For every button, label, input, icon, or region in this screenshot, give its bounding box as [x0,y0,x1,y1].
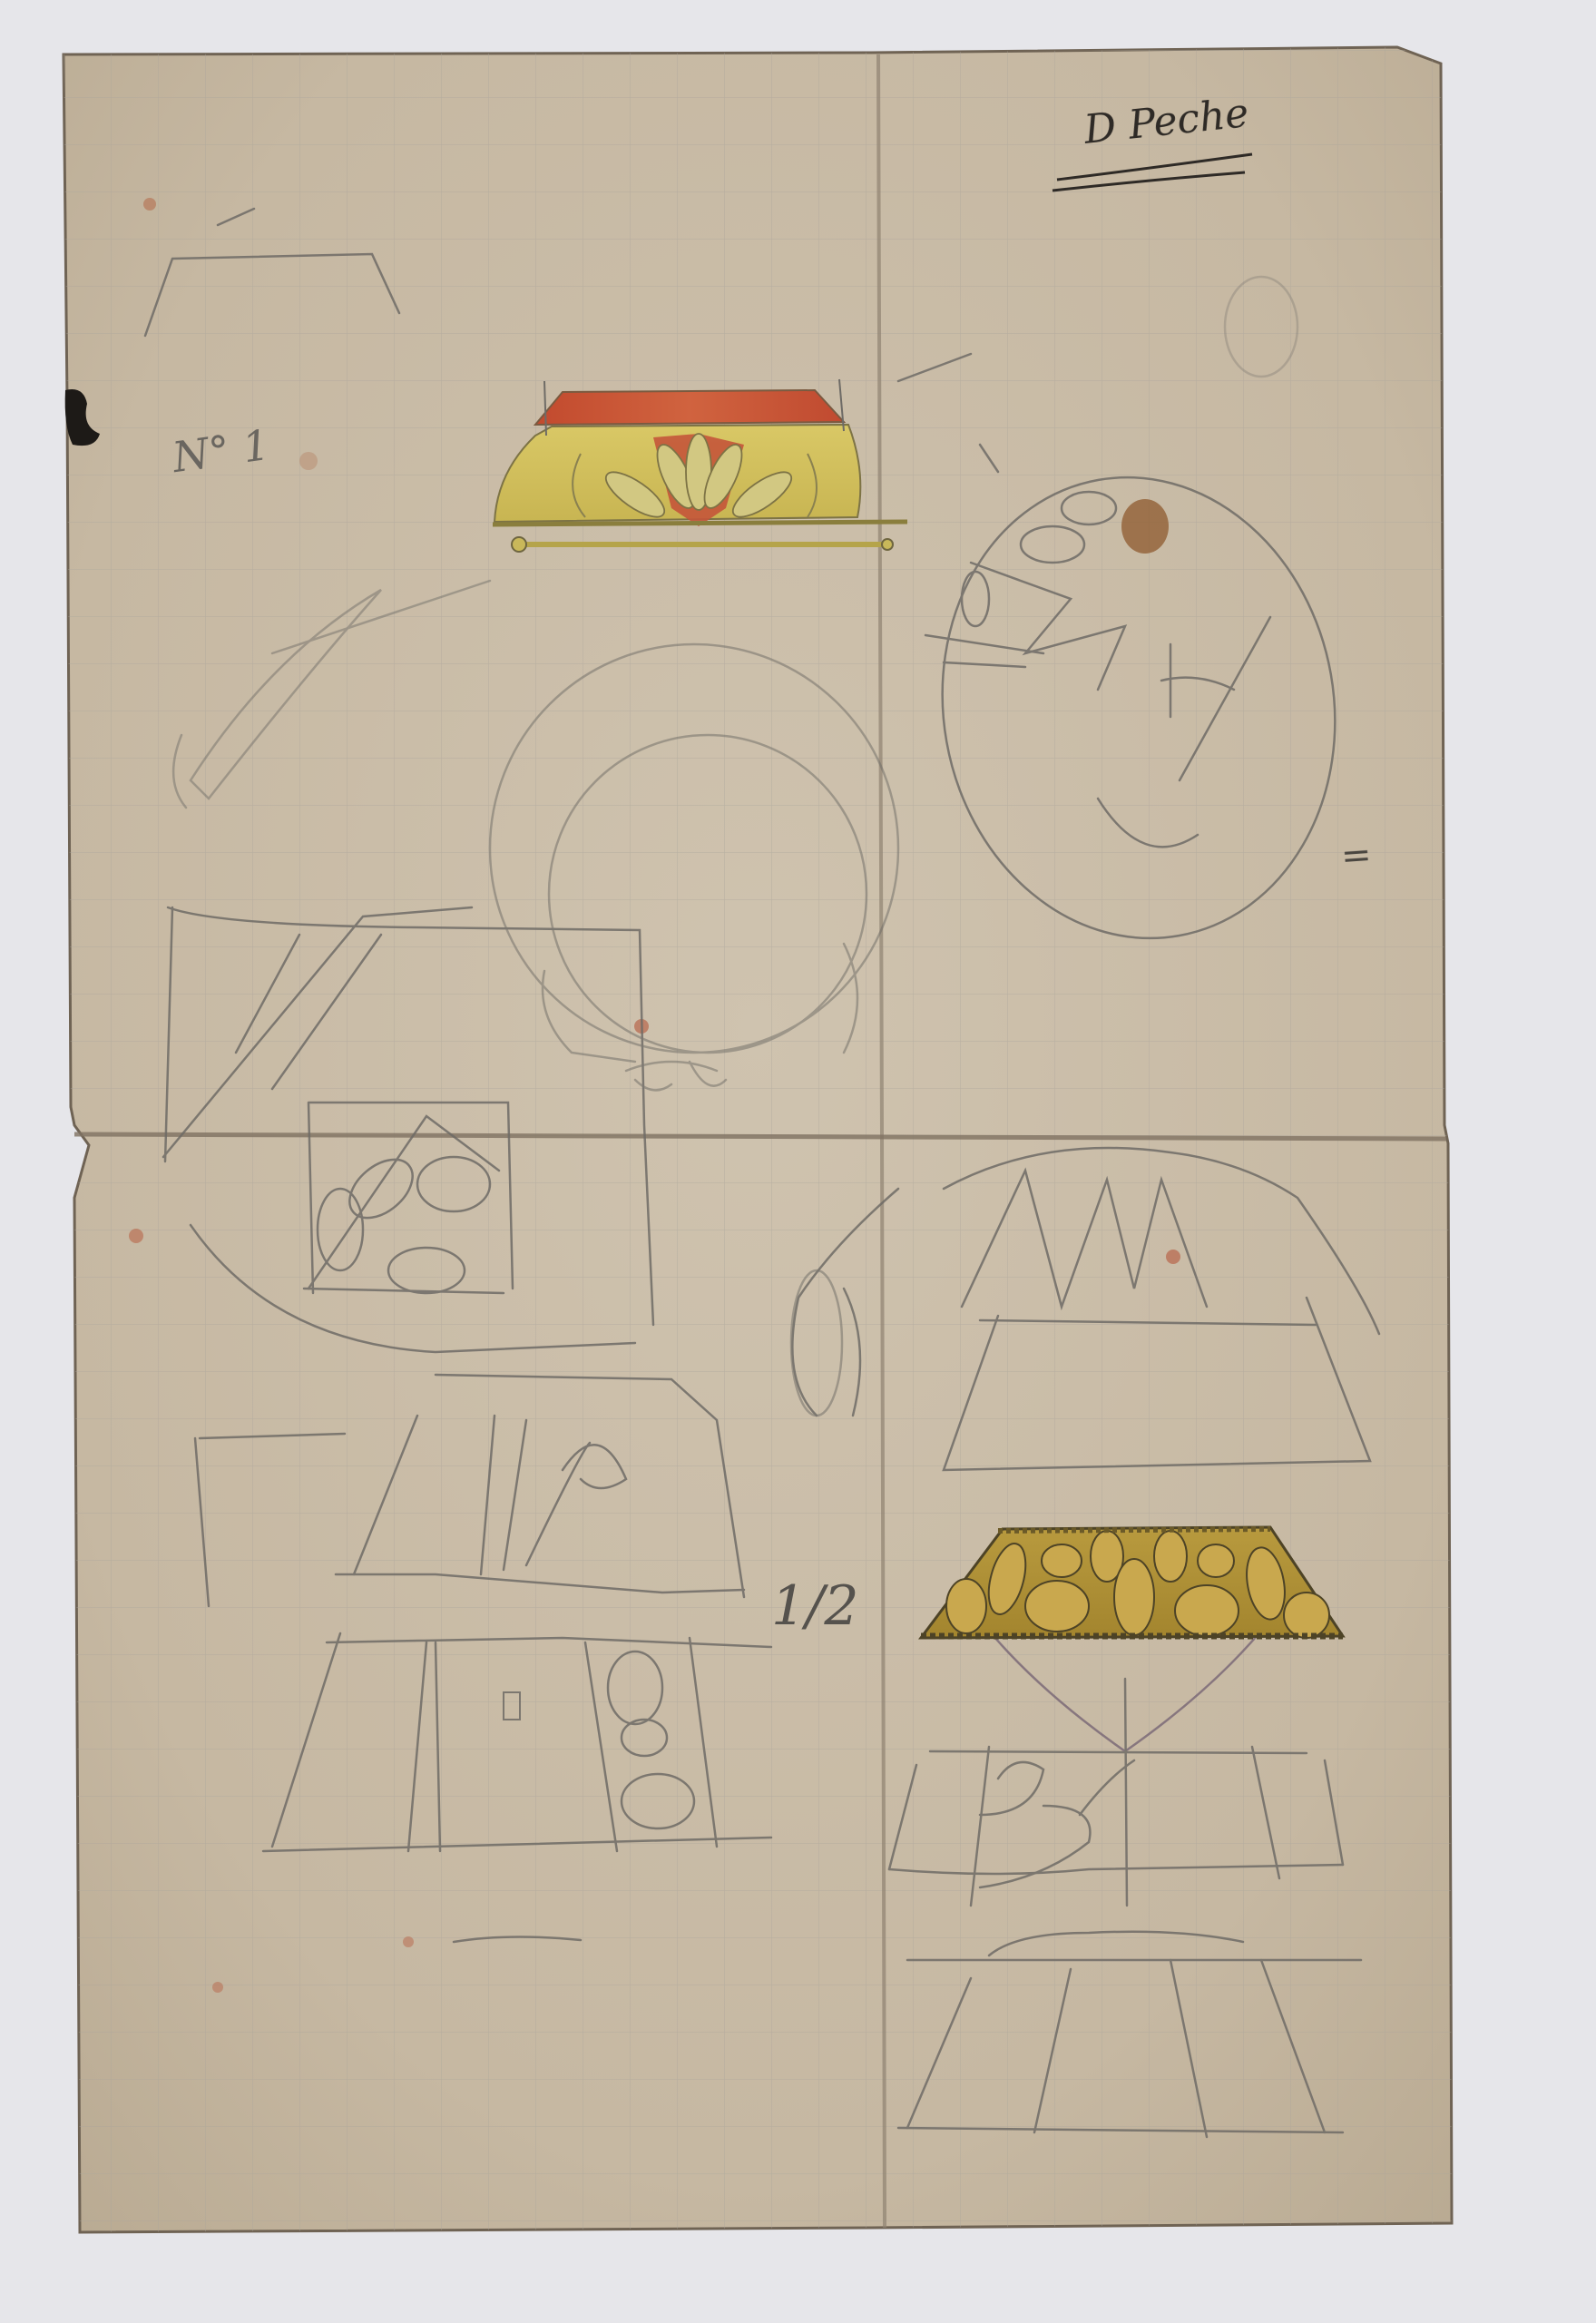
brown-stain [1121,499,1169,554]
scanned-sketch-sheet [0,0,1596,2323]
paper-sheet [64,47,1452,2232]
